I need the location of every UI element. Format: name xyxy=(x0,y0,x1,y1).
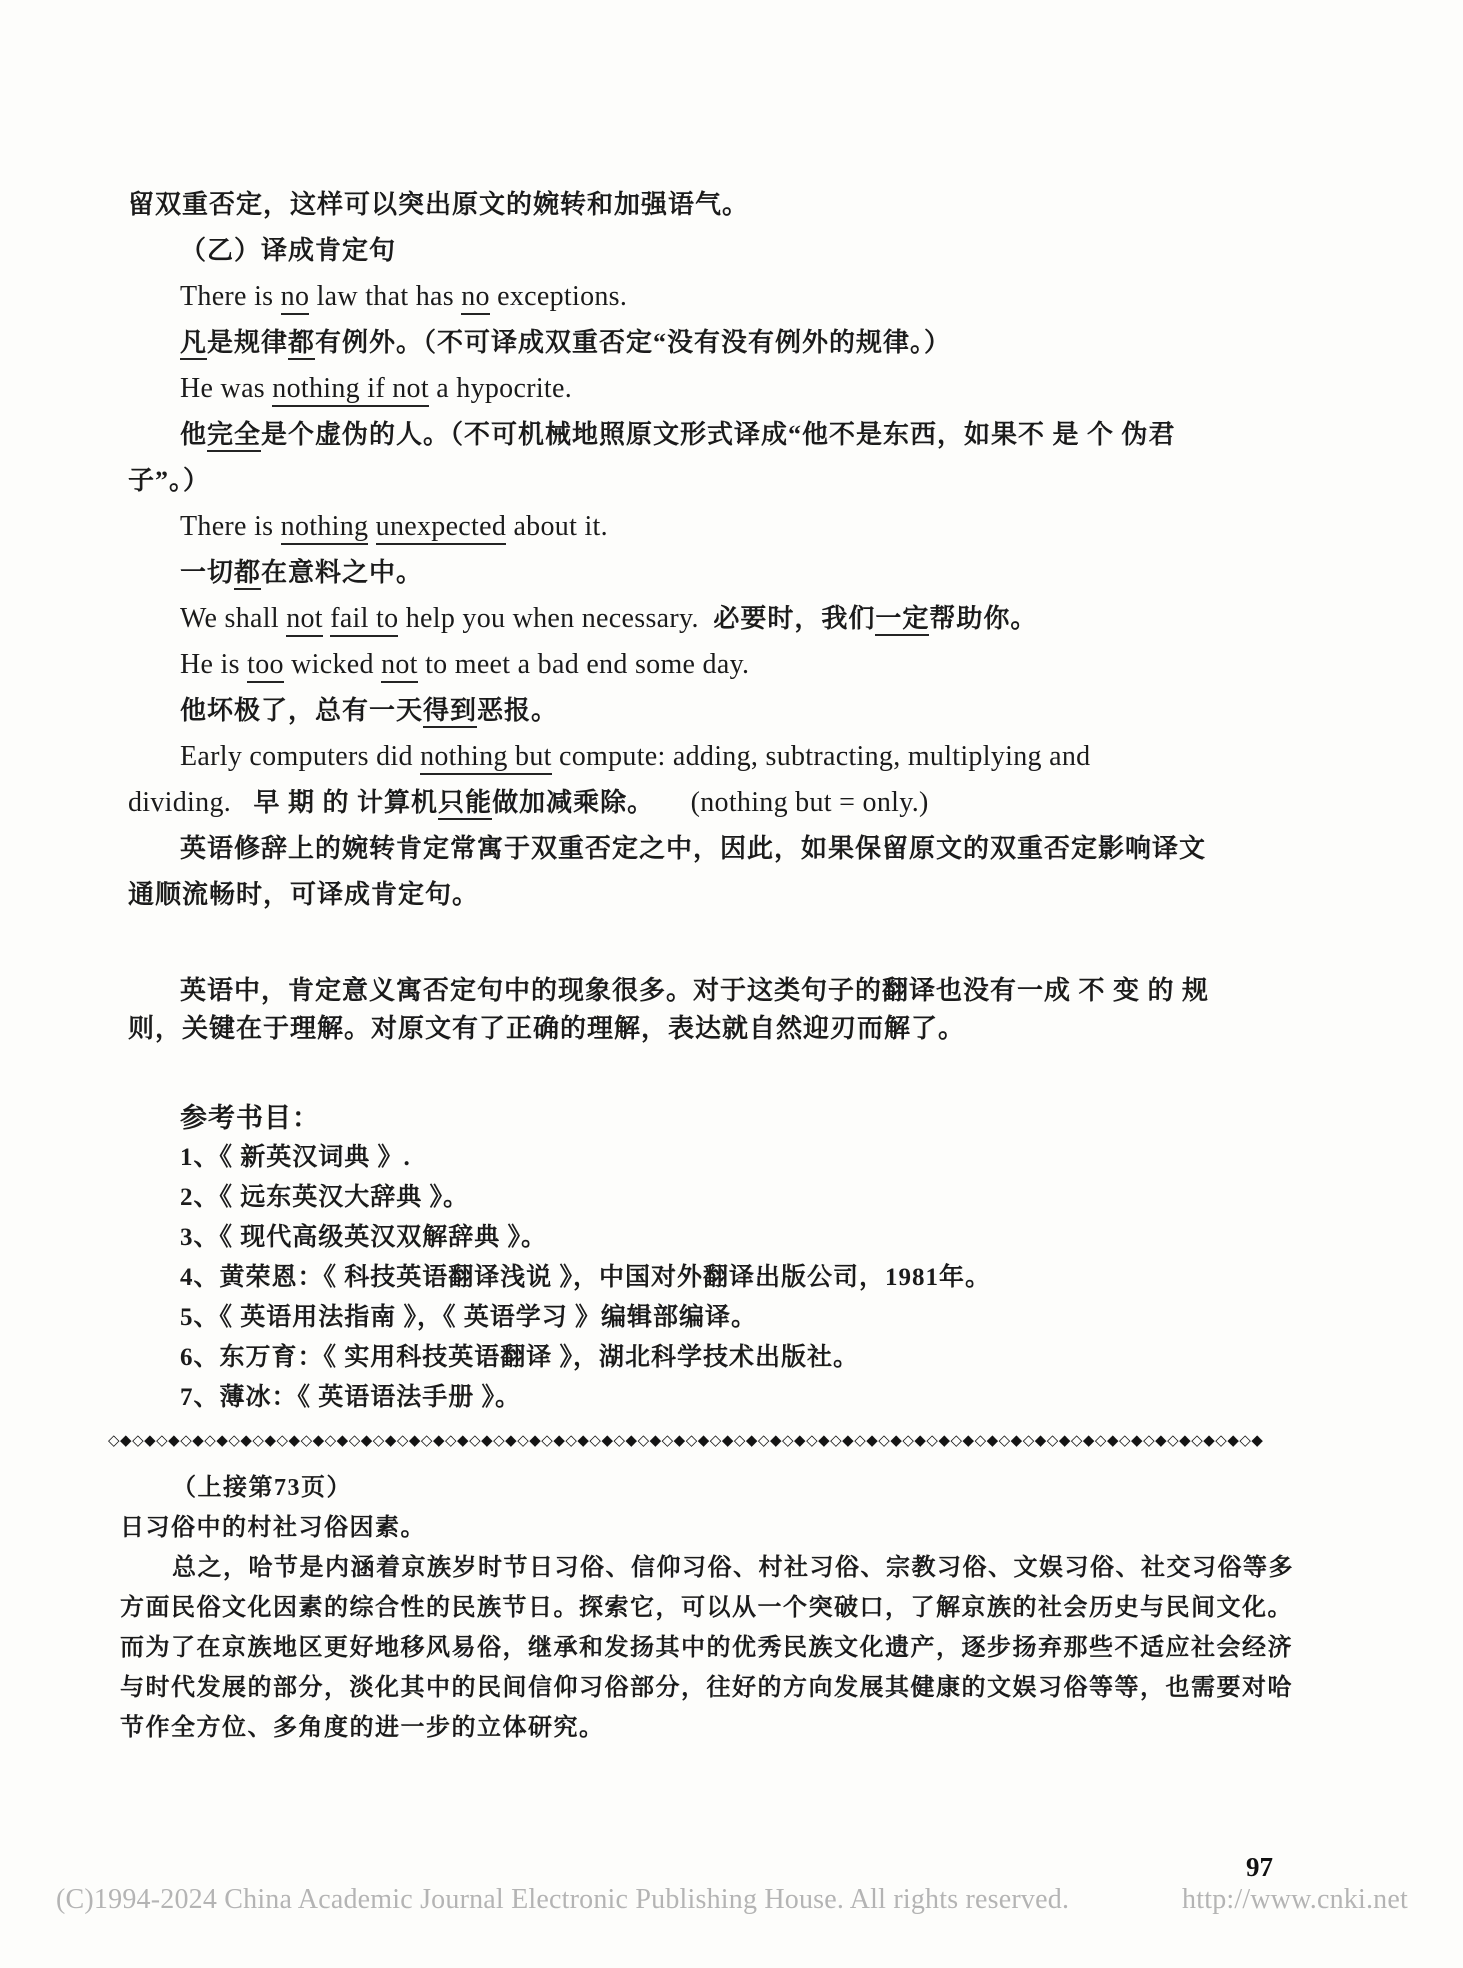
text-run: 与时代发展的部分，淡化其中的民间信仰习俗部分，往好的方向发展其健康的文娱习俗等等… xyxy=(120,1675,1293,1701)
underlined-text: nothing but xyxy=(420,741,552,775)
underlined-text: not xyxy=(286,603,323,637)
underlined-text: 都 xyxy=(288,328,315,360)
text-run: 他坏极了，总有一天 xyxy=(180,696,423,725)
text-line: 凡是规律都有例外。（不可译成双重否定“没有没有例外的规律。） xyxy=(128,320,1428,366)
text-run: 英语中，肯定意义寓否定句中的现象很多。对于这类句子的翻译也没有一成 不 变 的 … xyxy=(180,976,1209,1005)
page-number: 97 xyxy=(1246,1852,1273,1883)
text-run: 4、黄荣恩：《 科技英语翻译浅说 》，中国对外翻译出版公司，1981年。 xyxy=(180,1264,991,1291)
text-line: 节作全方位、多角度的进一步的立体研究。 xyxy=(120,1708,1420,1748)
text-run: 子”。） xyxy=(128,466,210,495)
text-line: 子”。） xyxy=(128,458,1428,504)
text-line: 则，关键在于理解。对原文有了正确的理解，表达就自然迎刃而解了。 xyxy=(128,1010,1428,1048)
text-run: 有例外。（不可译成双重否定“没有没有例外的规律。） xyxy=(315,328,951,357)
text-run: Early computers did xyxy=(180,741,420,772)
text-run: exceptions. xyxy=(490,281,627,312)
text-line: （乙）译成肯定句 xyxy=(128,228,1428,274)
text-run: dividing. xyxy=(128,787,231,818)
text-run: wicked xyxy=(284,649,381,680)
underlined-text: too xyxy=(247,649,284,683)
text-run: 必要时，我们 xyxy=(713,604,875,633)
continuation-block: （上接第73页）日习俗中的村社习俗因素。总之，哈节是内涵着京族岁时节日习俗、信仰… xyxy=(120,1468,1420,1748)
underlined-text: nothing xyxy=(281,511,369,545)
text-run: 早 期 的 计算机 xyxy=(231,788,438,817)
text-run: to meet a bad end some day. xyxy=(418,649,750,680)
second-paragraph-block: 英语中，肯定意义寓否定句中的现象很多。对于这类句子的翻译也没有一成 不 变 的 … xyxy=(128,972,1428,1048)
text-line: 6、东万育：《 实用科技英语翻译 》，湖北科学技术出版社。 xyxy=(128,1338,1428,1378)
text-line: 留双重否定，这样可以突出原文的婉转和加强语气。 xyxy=(128,182,1428,228)
text-run: 通顺流畅时，可译成肯定句。 xyxy=(128,880,479,909)
text-run: (nothing but = only.) xyxy=(654,787,929,818)
text-run: 是规律 xyxy=(207,328,288,357)
text-line: He was nothing if not a hypocrite. xyxy=(128,366,1428,412)
text-run: 总之，哈节是内涵着京族岁时节日习俗、信仰习俗、村社习俗、宗教习俗、文娱习俗、社交… xyxy=(172,1555,1294,1581)
text-run: 节作全方位、多角度的进一步的立体研究。 xyxy=(120,1715,605,1741)
text-line: 英语修辞上的婉转肯定常寓于双重否定之中，因此，如果保留原文的双重否定影响译文 xyxy=(128,826,1428,872)
text-line: 日习俗中的村社习俗因素。 xyxy=(120,1508,1420,1548)
text-run: 帮助你。 xyxy=(929,604,1037,633)
text-run: 在意料之中。 xyxy=(261,558,423,587)
text-line: （上接第73页） xyxy=(120,1468,1420,1508)
underlined-text: no xyxy=(281,281,310,315)
text-line: 7、薄冰：《 英语语法手册 》。 xyxy=(128,1378,1428,1418)
text-line: He is too wicked not to meet a bad end s… xyxy=(128,642,1428,688)
text-run: 7、薄冰：《 英语语法手册 》。 xyxy=(180,1384,521,1411)
text-line: 通顺流畅时，可译成肯定句。 xyxy=(128,872,1428,918)
text-run: He was xyxy=(180,373,272,404)
text-run: 一切 xyxy=(180,558,234,587)
text-line: 他完全是个虚伪的人。（不可机械地照原文形式译成“他不是东西，如果不 是 个 伪君 xyxy=(128,412,1428,458)
text-run: law that has xyxy=(309,281,461,312)
underlined-text: not xyxy=(381,649,418,683)
text-run xyxy=(368,511,375,542)
text-run: 3、《 现代高级英汉双解辞典 》。 xyxy=(180,1224,547,1251)
text-run: 日习俗中的村社习俗因素。 xyxy=(120,1515,426,1541)
text-run: a hypocrite. xyxy=(429,373,572,404)
underlined-text: fail to xyxy=(330,603,398,637)
text-line: 方面民俗文化因素的综合性的民族节日。探索它，可以从一个突破口，了解京族的社会历史… xyxy=(120,1588,1420,1628)
diamond-section-divider: ◇◆◇◆◇◆◇◆◇◆◇◆◇◆◇◆◇◆◇◆◇◆◇◆◇◆◇◆◇◆◇◆◇◆◇◆◇◆◇◆… xyxy=(108,1428,1358,1454)
underlined-text: 得到 xyxy=(423,696,477,728)
text-line: 5、《 英语用法指南 》，《 英语学习 》编辑部编译。 xyxy=(128,1298,1428,1338)
copyright-footer: (C)1994-2024 China Academic Journal Elec… xyxy=(56,1884,1408,1916)
text-run: He is xyxy=(180,649,247,680)
text-line: 一切都在意料之中。 xyxy=(128,550,1428,596)
footer-url: http://www.cnki.net xyxy=(1182,1884,1408,1916)
text-line: 2、《 远东英汉大辞典 》。 xyxy=(128,1178,1428,1218)
text-run: （乙）译成肯定句 xyxy=(180,236,396,265)
text-line: 3、《 现代高级英汉双解辞典 》。 xyxy=(128,1218,1428,1258)
text-line: 1、《 新英汉词典 》. xyxy=(128,1138,1428,1178)
text-line: 参考书目： xyxy=(128,1098,1428,1138)
text-run: about it. xyxy=(506,511,608,542)
text-line: There is no law that has no exceptions. xyxy=(128,274,1428,320)
text-run: 做加减乘除。 xyxy=(492,788,654,817)
text-run: 他 xyxy=(180,420,207,449)
text-run: 而为了在京族地区更好地移风易俗，继承和发扬其中的优秀民族文化遗产，逐步扬弃那些不… xyxy=(120,1635,1293,1661)
underlined-text: nothing if not xyxy=(272,373,429,407)
text-run: There is xyxy=(180,511,281,542)
text-line: 他坏极了，总有一天得到恶报。 xyxy=(128,688,1428,734)
text-line: Early computers did nothing but compute:… xyxy=(128,734,1428,780)
text-run: compute: adding, subtracting, multiplyin… xyxy=(552,741,1091,772)
text-run: 1、《 新英汉词典 》. xyxy=(180,1144,411,1171)
text-run: help you when necessary. xyxy=(398,603,713,634)
text-run: There is xyxy=(180,281,281,312)
text-run: 英语修辞上的婉转肯定常寓于双重否定之中，因此，如果保留原文的双重否定影响译文 xyxy=(180,834,1206,863)
underlined-text: no xyxy=(461,281,490,315)
text-line: 英语中，肯定意义寓否定句中的现象很多。对于这类句子的翻译也没有一成 不 变 的 … xyxy=(128,972,1428,1010)
text-run: 留双重否定，这样可以突出原文的婉转和加强语气。 xyxy=(128,190,749,219)
text-line: dividing. 早 期 的 计算机只能做加减乘除。 (nothing but… xyxy=(128,780,1428,826)
text-line: There is nothing unexpected about it. xyxy=(128,504,1428,550)
text-run: 则，关键在于理解。对原文有了正确的理解，表达就自然迎刃而解了。 xyxy=(128,1014,965,1043)
text-run: 6、东万育：《 实用科技英语翻译 》，湖北科学技术出版社。 xyxy=(180,1344,859,1371)
text-run: （上接第73页） xyxy=(172,1475,352,1501)
text-line: 与时代发展的部分，淡化其中的民间信仰习俗部分，往好的方向发展其健康的文娱习俗等等… xyxy=(120,1668,1420,1708)
main-text-block: 留双重否定，这样可以突出原文的婉转和加强语气。（乙）译成肯定句There is … xyxy=(128,182,1428,918)
text-line: 4、黄荣恩：《 科技英语翻译浅说 》，中国对外翻译出版公司，1981年。 xyxy=(128,1258,1428,1298)
text-line: 总之，哈节是内涵着京族岁时节日习俗、信仰习俗、村社习俗、宗教习俗、文娱习俗、社交… xyxy=(120,1548,1420,1588)
text-run: We shall xyxy=(180,603,286,634)
text-run: 2、《 远东英汉大辞典 》。 xyxy=(180,1184,469,1211)
underlined-text: unexpected xyxy=(376,511,507,545)
text-line: 而为了在京族地区更好地移风易俗，继承和发扬其中的优秀民族文化遗产，逐步扬弃那些不… xyxy=(120,1628,1420,1668)
text-run: 方面民俗文化因素的综合性的民族节日。探索它，可以从一个突破口，了解京族的社会历史… xyxy=(120,1595,1293,1621)
underlined-text: 都 xyxy=(234,558,261,590)
text-run: 5、《 英语用法指南 》，《 英语学习 》编辑部编译。 xyxy=(180,1304,757,1331)
copyright-text: (C)1994-2024 China Academic Journal Elec… xyxy=(56,1884,1069,1916)
underlined-text: 完全 xyxy=(207,420,261,452)
text-run: 参考书目： xyxy=(180,1103,320,1133)
underlined-text: 一定 xyxy=(875,604,929,636)
text-run: 恶报。 xyxy=(477,696,558,725)
underlined-text: 凡 xyxy=(180,328,207,360)
journal-page: 留双重否定，这样可以突出原文的婉转和加强语气。（乙）译成肯定句There is … xyxy=(0,0,1463,1968)
text-line: We shall not fail to help you when neces… xyxy=(128,596,1428,642)
text-run: 是个虚伪的人。（不可机械地照原文形式译成“他不是东西，如果不 是 个 伪君 xyxy=(261,420,1176,449)
underlined-text: 只能 xyxy=(438,788,492,820)
bibliography-block: 参考书目：1、《 新英汉词典 》.2、《 远东英汉大辞典 》。3、《 现代高级英… xyxy=(128,1098,1428,1418)
